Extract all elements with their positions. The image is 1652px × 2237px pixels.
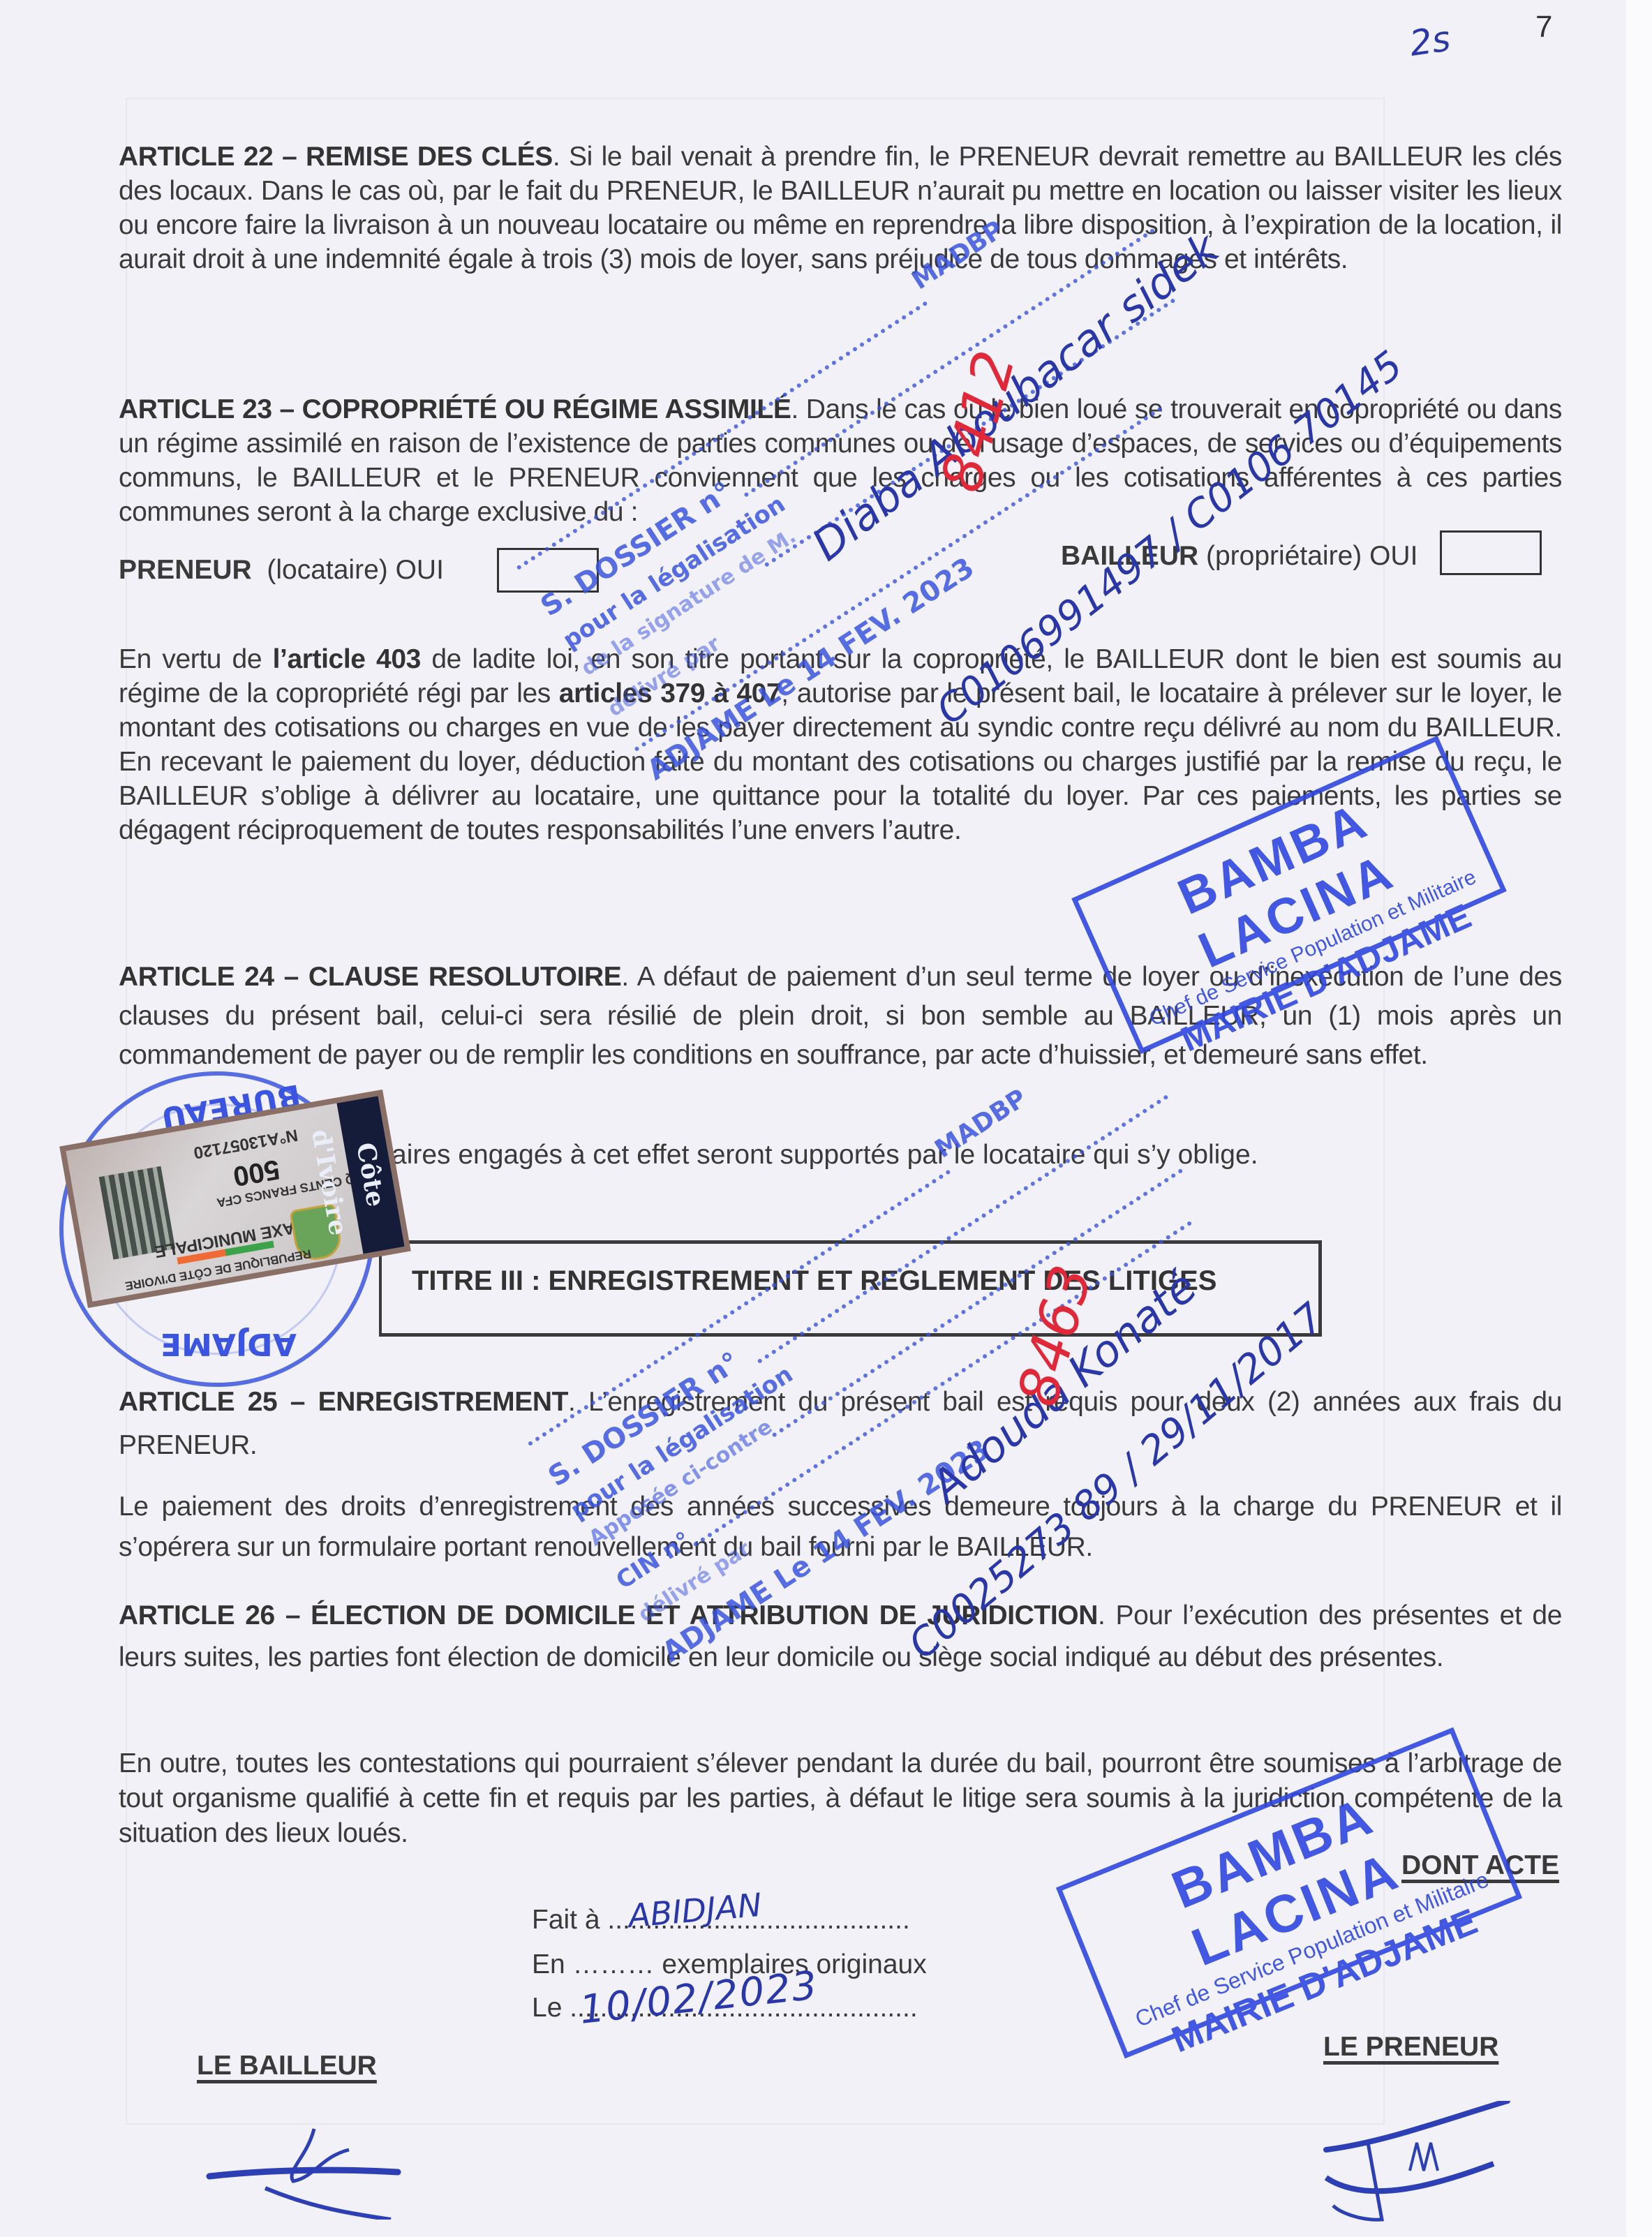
- le-label: Le: [532, 1993, 562, 2023]
- stamp-2-header: MADBP: [930, 1084, 1032, 1164]
- preneur-signature: [1312, 2101, 1521, 2234]
- bailleur-checkbox[interactable]: [1440, 530, 1542, 575]
- stamp-1-header: MADBP: [907, 215, 1009, 295]
- text: En vertu de: [119, 644, 273, 674]
- le-preneur-label: LE PRENEUR: [1323, 2030, 1498, 2064]
- initials-top: 2s: [1407, 18, 1452, 64]
- preneur-label: PRENEUR: [119, 555, 252, 585]
- round-stamp-bottom: ADJAME: [161, 1326, 297, 1362]
- page-edge: [1626, 0, 1652, 2237]
- preneur-option: PRENEUR (locataire) OUI: [119, 553, 444, 587]
- article-24-heading: ARTICLE 24 – CLAUSE RESOLUTOIRE: [119, 962, 621, 992]
- preneur-sub: (locataire) OUI: [267, 555, 444, 585]
- page-number: 7: [1535, 10, 1552, 45]
- le-bailleur-label: LE BAILLEUR: [197, 2049, 377, 2083]
- article-403-ref: l’article 403: [273, 644, 421, 674]
- fiscal-serial: N°A13057120: [192, 1124, 299, 1162]
- bailleur-signature: [202, 2122, 412, 2220]
- article-22-heading: ARTICLE 22 – REMISE DES CLÉS: [119, 142, 553, 172]
- fait-a-label: Fait à: [532, 1905, 600, 1935]
